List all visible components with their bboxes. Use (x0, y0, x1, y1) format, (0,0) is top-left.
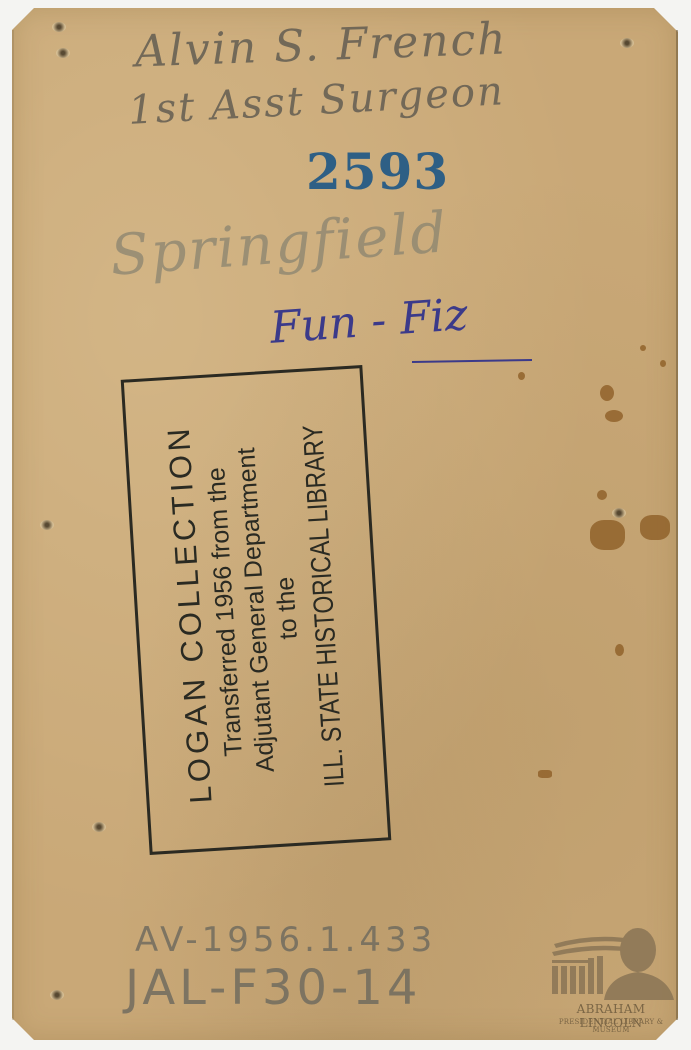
watermark-subtitle: PRESIDENTIAL LIBRARY & MUSEUM (546, 1018, 676, 1034)
card-edge-left (12, 30, 14, 1020)
foxing-spot (600, 385, 614, 401)
pin-hole (612, 508, 626, 518)
foxing-spot (640, 515, 670, 540)
foxing-spot (660, 360, 666, 367)
stamp-to-line: to the (273, 576, 302, 640)
stamped-number: 2593 (306, 142, 449, 201)
foxing-spot (597, 490, 607, 500)
foxing-spot (538, 770, 552, 778)
foxing-spot (615, 644, 624, 656)
stamp-library-line: ILL. STATE HISTORICAL LIBRARY (299, 424, 349, 787)
foxing-spot (605, 410, 623, 422)
pin-hole (620, 38, 634, 48)
alplm-watermark: ABRAHAM LINCOLN PRESIDENTIAL LIBRARY & M… (546, 920, 676, 1032)
pin-hole (52, 22, 66, 32)
pin-hole (50, 990, 64, 1000)
foxing-spot (640, 345, 646, 351)
accession-number: AV-1956.1.433 (135, 920, 436, 960)
lincoln-portrait-icon (546, 920, 676, 1000)
foxing-spot (518, 372, 525, 380)
catalog-number: JAL-F30-14 (125, 960, 421, 1016)
foxing-spot (590, 520, 625, 550)
logan-collection-stamp: LOGAN COLLECTION Transferred 1956 from t… (121, 365, 392, 855)
pin-hole (56, 48, 70, 58)
card-edge-right (676, 30, 678, 1020)
pin-hole (40, 520, 54, 530)
pin-hole (92, 822, 106, 832)
